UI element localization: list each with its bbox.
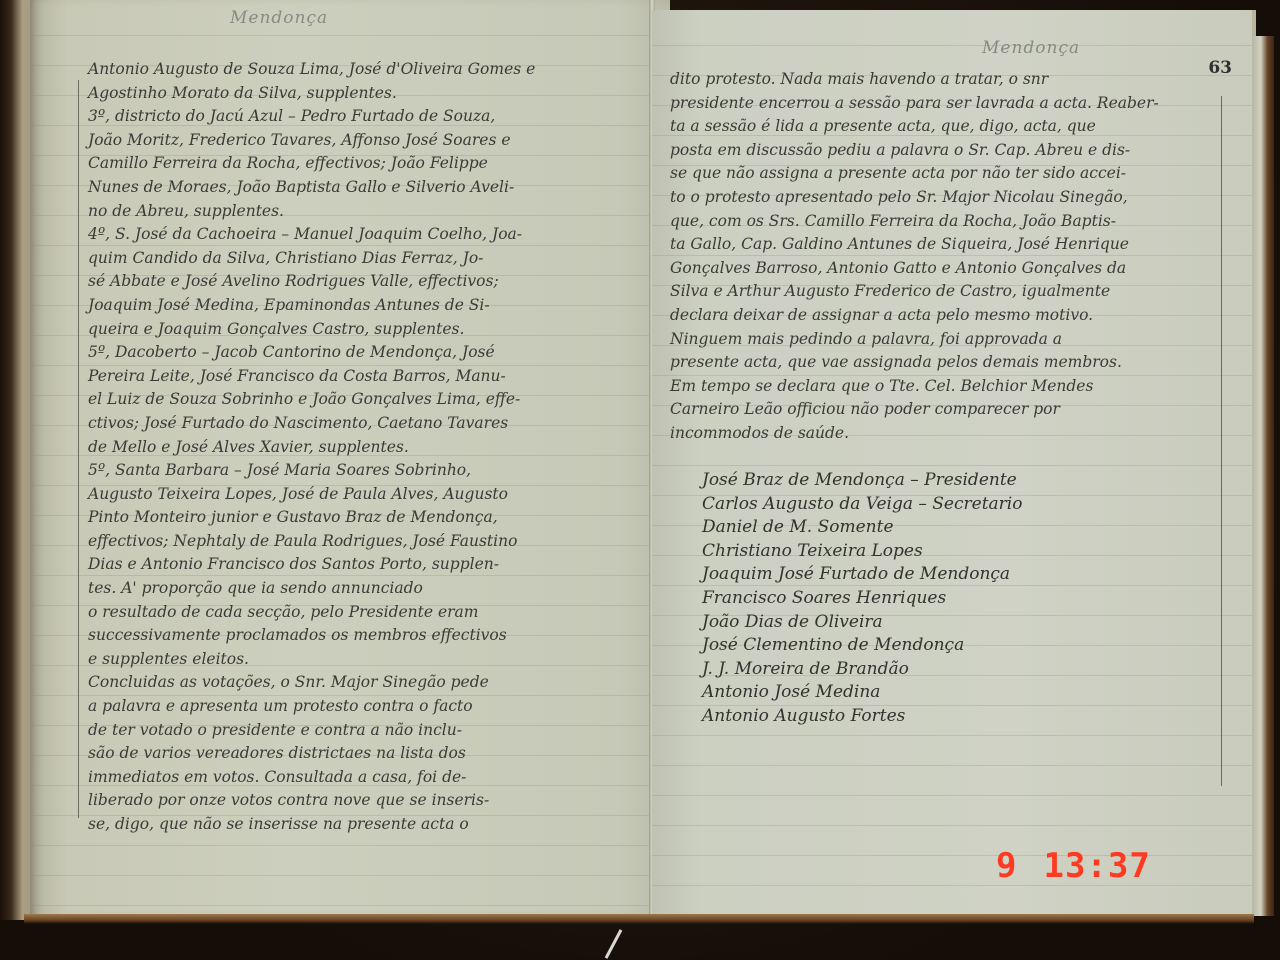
text-line: posta em discussão pediu a palavra o Sr.… [670,139,1159,163]
text-line: incommodos de saúde. [670,422,1159,446]
text-line: 4º, S. José da Cachoeira – Manuel Joaqui… [88,223,535,247]
text-line: 5º, Dacoberto – Jacob Cantorino de Mendo… [88,341,535,365]
page-header: Mendonça [982,38,1080,58]
signature: Joaquim José Furtado de Mendonça [702,564,1022,588]
text-line: to o protesto apresentado pelo Sr. Major… [670,186,1159,210]
text-line: effectivos; Nephtaly de Paula Rodrigues,… [88,530,535,554]
text-line: dito protesto. Nada mais havendo a trata… [670,68,1159,92]
text-line: Pinto Monteiro junior e Gustavo Braz de … [88,506,535,530]
signature: José Clementino de Mendonça [702,635,1022,659]
text-line: Pereira Leite, José Francisco da Costa B… [88,365,535,389]
text-line: Augusto Teixeira Lopes, José de Paula Al… [88,483,535,507]
signature: Antonio José Medina [702,682,1022,706]
text-line: se que não assigna a presente acta por n… [670,162,1159,186]
text-line: Camillo Ferreira da Rocha, effectivos; J… [88,152,535,176]
text-line: de ter votado o presidente e contra a nã… [88,719,535,743]
handwritten-text: Antonio Augusto de Souza Lima, José d'Ol… [88,58,535,837]
text-line: ctivos; José Furtado do Nascimento, Caet… [88,412,535,436]
text-line: Carneiro Leão officiou não poder compare… [670,398,1159,422]
margin-line [78,80,79,818]
signature: Daniel de M. Somente [702,517,1022,541]
text-line: queira e Joaquim Gonçalves Castro, suppl… [88,318,535,342]
timestamp-day: 9 [996,846,1017,886]
text-line: Gonçalves Barroso, Antonio Gatto e Anton… [670,257,1159,281]
text-line: ta a sessão é lida a presente acta, que,… [670,115,1159,139]
text-line: de Mello e José Alves Xavier, supplentes… [88,436,535,460]
text-line: se, digo, que não se inserisse na presen… [88,813,535,837]
text-line: sé Abbate e José Avelino Rodrigues Valle… [88,270,535,294]
signature: J. J. Moreira de Brandão [702,659,1022,683]
text-line: Nunes de Moraes, João Baptista Gallo e S… [88,176,535,200]
text-line: Em tempo se declara que o Tte. Cel. Belc… [670,375,1159,399]
left-page: Mendonça Antonio Augusto de Souza Lima, … [24,0,670,918]
text-line: Agostinho Morato da Silva, supplentes. [88,82,535,106]
text-line: Dias e Antonio Francisco dos Santos Port… [88,553,535,577]
camera-timestamp: 913:37 [996,846,1151,886]
text-line: no de Abreu, supplentes. [88,200,535,224]
text-line: e supplentes eleitos. [88,648,535,672]
text-line: que, com os Srs. Camillo Ferreira da Roc… [670,210,1159,234]
photo-scene: Mendonça Antonio Augusto de Souza Lima, … [0,0,1280,960]
text-line: presidente encerrou a sessão para ser la… [670,92,1159,116]
margin-line [1221,96,1222,786]
text-line: successivamente proclamados os membros e… [88,624,535,648]
text-line: tes. A' proporção que ia sendo annunciad… [88,577,535,601]
signature: Carlos Augusto da Veiga – Secretario [702,494,1022,518]
timestamp-time: 13:37 [1043,846,1150,886]
text-line: presente acta, que vae assignada pelos d… [670,351,1159,375]
text-line: Concluidas as votações, o Snr. Major Sin… [88,671,535,695]
text-line: Ninguem mais pedindo a palavra, foi appr… [670,328,1159,352]
text-line: quim Candido da Silva, Christiano Dias F… [88,247,535,271]
text-line: são de varios vereadores districtaes na … [88,742,535,766]
text-line: Antonio Augusto de Souza Lima, José d'Ol… [88,58,535,82]
text-line: 3º, districto do Jacú Azul – Pedro Furta… [88,105,535,129]
text-line: 5º, Santa Barbara – José Maria Soares So… [88,459,535,483]
text-line: o resultado de cada secção, pelo Preside… [88,601,535,625]
text-line: a palavra e apresenta um protesto contra… [88,695,535,719]
signature: José Braz de Mendonça – Presidente [702,470,1022,494]
text-line: declara deixar de assignar a acta pelo m… [670,304,1159,328]
text-line: Joaquim José Medina, Epaminondas Antunes… [88,294,535,318]
signature: Francisco Soares Henriques [702,588,1022,612]
right-page: Mendonça 63 dito protesto. Nada mais hav… [652,10,1256,916]
signature: Antonio Augusto Fortes [702,706,1022,730]
signature-list: José Braz de Mendonça – PresidenteCarlos… [702,470,1022,730]
text-line: ta Gallo, Cap. Galdino Antunes de Siquei… [670,233,1159,257]
text-line: João Moritz, Frederico Tavares, Affonso … [88,129,535,153]
text-line: immediatos em votos. Consultada a casa, … [88,766,535,790]
signature: João Dias de Oliveira [702,612,1022,636]
book-edge-right [1252,36,1274,916]
text-line: liberado por onze votos contra nove que … [88,789,535,813]
text-line: Silva e Arthur Augusto Frederico de Cast… [670,280,1159,304]
bookmark-ribbon [605,929,623,959]
page-header: Mendonça [230,8,328,28]
signature: Christiano Teixeira Lopes [702,541,1022,565]
text-line: el Luiz de Souza Sobrinho e João Gonçalv… [88,388,535,412]
page-number: 63 [1208,58,1232,78]
book-edge-bottom [24,914,1254,924]
handwritten-text: dito protesto. Nada mais havendo a trata… [670,68,1159,446]
